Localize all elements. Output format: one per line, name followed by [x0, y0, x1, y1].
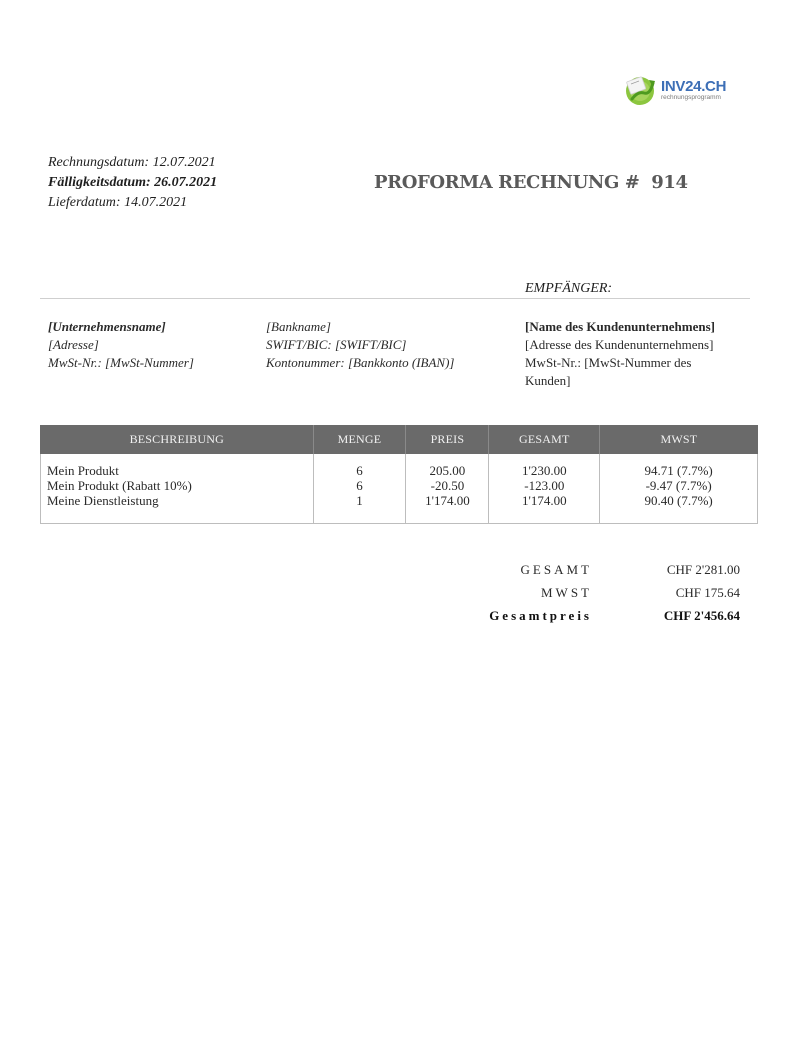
company-name: [Unternehmensname]	[48, 318, 194, 336]
company-logo: INV24.CH rechnungsprogramm	[623, 72, 733, 108]
totals-summary: GESAMT CHF 2'281.00 MWST CHF 175.64 Gesa…	[470, 558, 740, 627]
invoice-dates: Rechnungsdatum: 12.07.2021 Fälligkeitsda…	[48, 153, 217, 213]
divider	[40, 298, 750, 299]
item-total: 1'174.00	[495, 493, 593, 508]
subtotal-value: CHF 2'281.00	[592, 562, 740, 578]
item-description: Meine Dienstleistung	[47, 493, 307, 508]
bank-name: [Bankname]	[266, 318, 454, 336]
client-name: [Name des Kundenunternehmens]	[525, 318, 740, 336]
logo-name: INV24.CH	[661, 79, 726, 94]
item-quantity: 1	[320, 493, 400, 508]
items-table: BESCHREIBUNG MENGE PREIS GESAMT MWST Mei…	[40, 425, 758, 524]
item-vat: 94.71 (7.7%)	[606, 463, 751, 478]
item-price: 1'174.00	[412, 493, 482, 508]
item-total: -123.00	[495, 478, 593, 493]
subtotal-label: GESAMT	[470, 562, 592, 578]
client-details: [Name des Kundenunternehmens] [Adresse d…	[525, 318, 740, 390]
header-price: PREIS	[406, 425, 489, 454]
invoice-chart-arrow-icon	[623, 73, 657, 107]
client-vat: MwSt-Nr.: [MwSt-Nummer des Kunden]	[525, 354, 740, 390]
grand-total-row: Gesamtpreis CHF 2'456.64	[470, 604, 740, 627]
client-address: [Adresse des Kundenunternehmens]	[525, 336, 740, 354]
subtotal-row: GESAMT CHF 2'281.00	[470, 558, 740, 581]
invoice-date: Rechnungsdatum: 12.07.2021	[48, 153, 217, 173]
item-vat: 90.40 (7.7%)	[606, 493, 751, 508]
item-price: -20.50	[412, 478, 482, 493]
price-cell: 205.00 -20.50 1'174.00	[406, 454, 489, 523]
header-description: BESCHREIBUNG	[41, 425, 314, 454]
company-vat: MwSt-Nr.: [MwSt-Nummer]	[48, 354, 194, 372]
document-title: PROFORMA RECHNUNG # 914	[374, 172, 688, 193]
vat-label: MWST	[470, 585, 592, 601]
item-quantity: 6	[320, 478, 400, 493]
item-quantity: 6	[320, 463, 400, 478]
vat-row: MWST CHF 175.64	[470, 581, 740, 604]
header-quantity: MENGE	[313, 425, 406, 454]
quantity-cell: 6 6 1	[313, 454, 406, 523]
item-description: Mein Produkt (Rabatt 10%)	[47, 478, 307, 493]
item-description: Mein Produkt	[47, 463, 307, 478]
vat-value: CHF 175.64	[592, 585, 740, 601]
header-vat: MWST	[600, 425, 758, 454]
description-cell: Mein Produkt Mein Produkt (Rabatt 10%) M…	[41, 454, 314, 523]
item-vat: -9.47 (7.7%)	[606, 478, 751, 493]
table-row: Mein Produkt Mein Produkt (Rabatt 10%) M…	[41, 454, 758, 523]
vat-cell: 94.71 (7.7%) -9.47 (7.7%) 90.40 (7.7%)	[600, 454, 758, 523]
table-header-row: BESCHREIBUNG MENGE PREIS GESAMT MWST	[41, 425, 758, 454]
company-address: [Adresse]	[48, 336, 194, 354]
grand-total-label: Gesamtpreis	[470, 608, 592, 624]
delivery-date: Lieferdatum: 14.07.2021	[48, 193, 217, 213]
recipient-label: EMPFÄNGER:	[525, 281, 612, 297]
due-date: Fälligkeitsdatum: 26.07.2021	[48, 173, 217, 193]
item-price: 205.00	[412, 463, 482, 478]
grand-total-value: CHF 2'456.64	[592, 608, 740, 624]
item-total: 1'230.00	[495, 463, 593, 478]
bank-swift: SWIFT/BIC: [SWIFT/BIC]	[266, 336, 454, 354]
logo-tagline: rechnungsprogramm	[661, 95, 726, 102]
header-total: GESAMT	[489, 425, 600, 454]
bank-account: Kontonummer: [Bankkonto (IBAN)]	[266, 354, 454, 372]
bank-details: [Bankname] SWIFT/BIC: [SWIFT/BIC] Konton…	[266, 318, 454, 372]
sender-company: [Unternehmensname] [Adresse] MwSt-Nr.: […	[48, 318, 194, 372]
total-cell: 1'230.00 -123.00 1'174.00	[489, 454, 600, 523]
